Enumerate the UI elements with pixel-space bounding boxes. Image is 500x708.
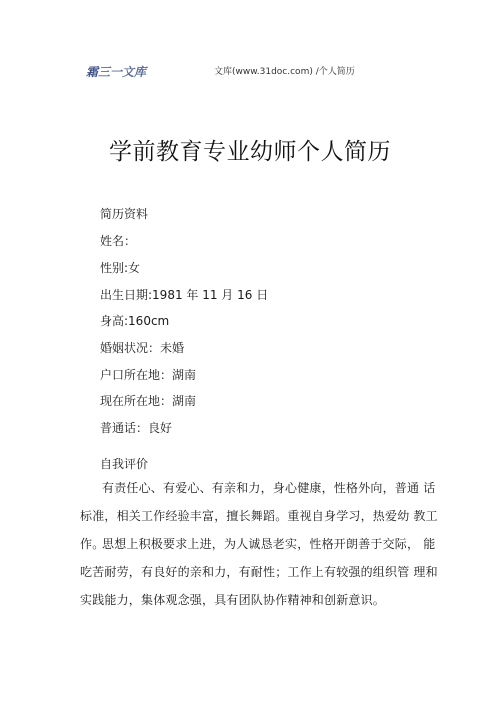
field-value: 160cm <box>128 314 169 328</box>
field-hukou-location: 户口所在地：湖南 <box>100 367 196 383</box>
field-label: 婚姻状况： <box>100 341 160 355</box>
field-birthdate: 出生日期:1981 年 11 月 16 日 <box>100 287 268 303</box>
field-label: 现在所在地： <box>100 394 172 408</box>
field-value: 1981 年 11 月 16 日 <box>152 288 268 302</box>
section-heading-profile: 简历资料 <box>100 206 148 222</box>
evaluation-paragraph-2: 思想上积极要求上进，为人诚恳老实，性格开朗善于交际， 能吃苦耐劳，有良好的亲和力… <box>80 530 440 614</box>
site-logo: 霜三一文库 <box>86 64 146 80</box>
field-label: 出生日期: <box>100 288 152 302</box>
field-label: 户口所在地： <box>100 368 172 382</box>
field-label: 普通话： <box>100 421 148 435</box>
field-label: 姓名： <box>100 234 136 248</box>
field-value: 良好 <box>148 421 172 435</box>
field-marital-status: 婚姻状况：未婚 <box>100 340 184 356</box>
field-mandarin: 普通话：良好 <box>100 420 172 436</box>
field-value: 女 <box>128 261 140 275</box>
section-heading-evaluation: 自我评价 <box>100 456 148 472</box>
field-name: 姓名： <box>100 233 136 249</box>
field-label: 身高: <box>100 314 128 328</box>
field-gender: 性别:女 <box>100 260 140 276</box>
field-value: 未婚 <box>160 341 184 355</box>
field-current-location: 现在所在地：湖南 <box>100 393 196 409</box>
document-title: 学前教育专业幼师个人简历 <box>0 136 500 168</box>
logo-first-char: 霜 <box>86 65 98 79</box>
header-path: 文库(www.31doc.com) /个人简历 <box>214 65 355 79</box>
field-height: 身高:160cm <box>100 313 169 329</box>
field-value: 湖南 <box>172 368 196 382</box>
logo-text: 三一文库 <box>98 65 146 79</box>
field-value: 湖南 <box>172 394 196 408</box>
field-label: 性别: <box>100 261 128 275</box>
page-header: 霜三一文库 文库(www.31doc.com) /个人简历 <box>0 64 500 82</box>
